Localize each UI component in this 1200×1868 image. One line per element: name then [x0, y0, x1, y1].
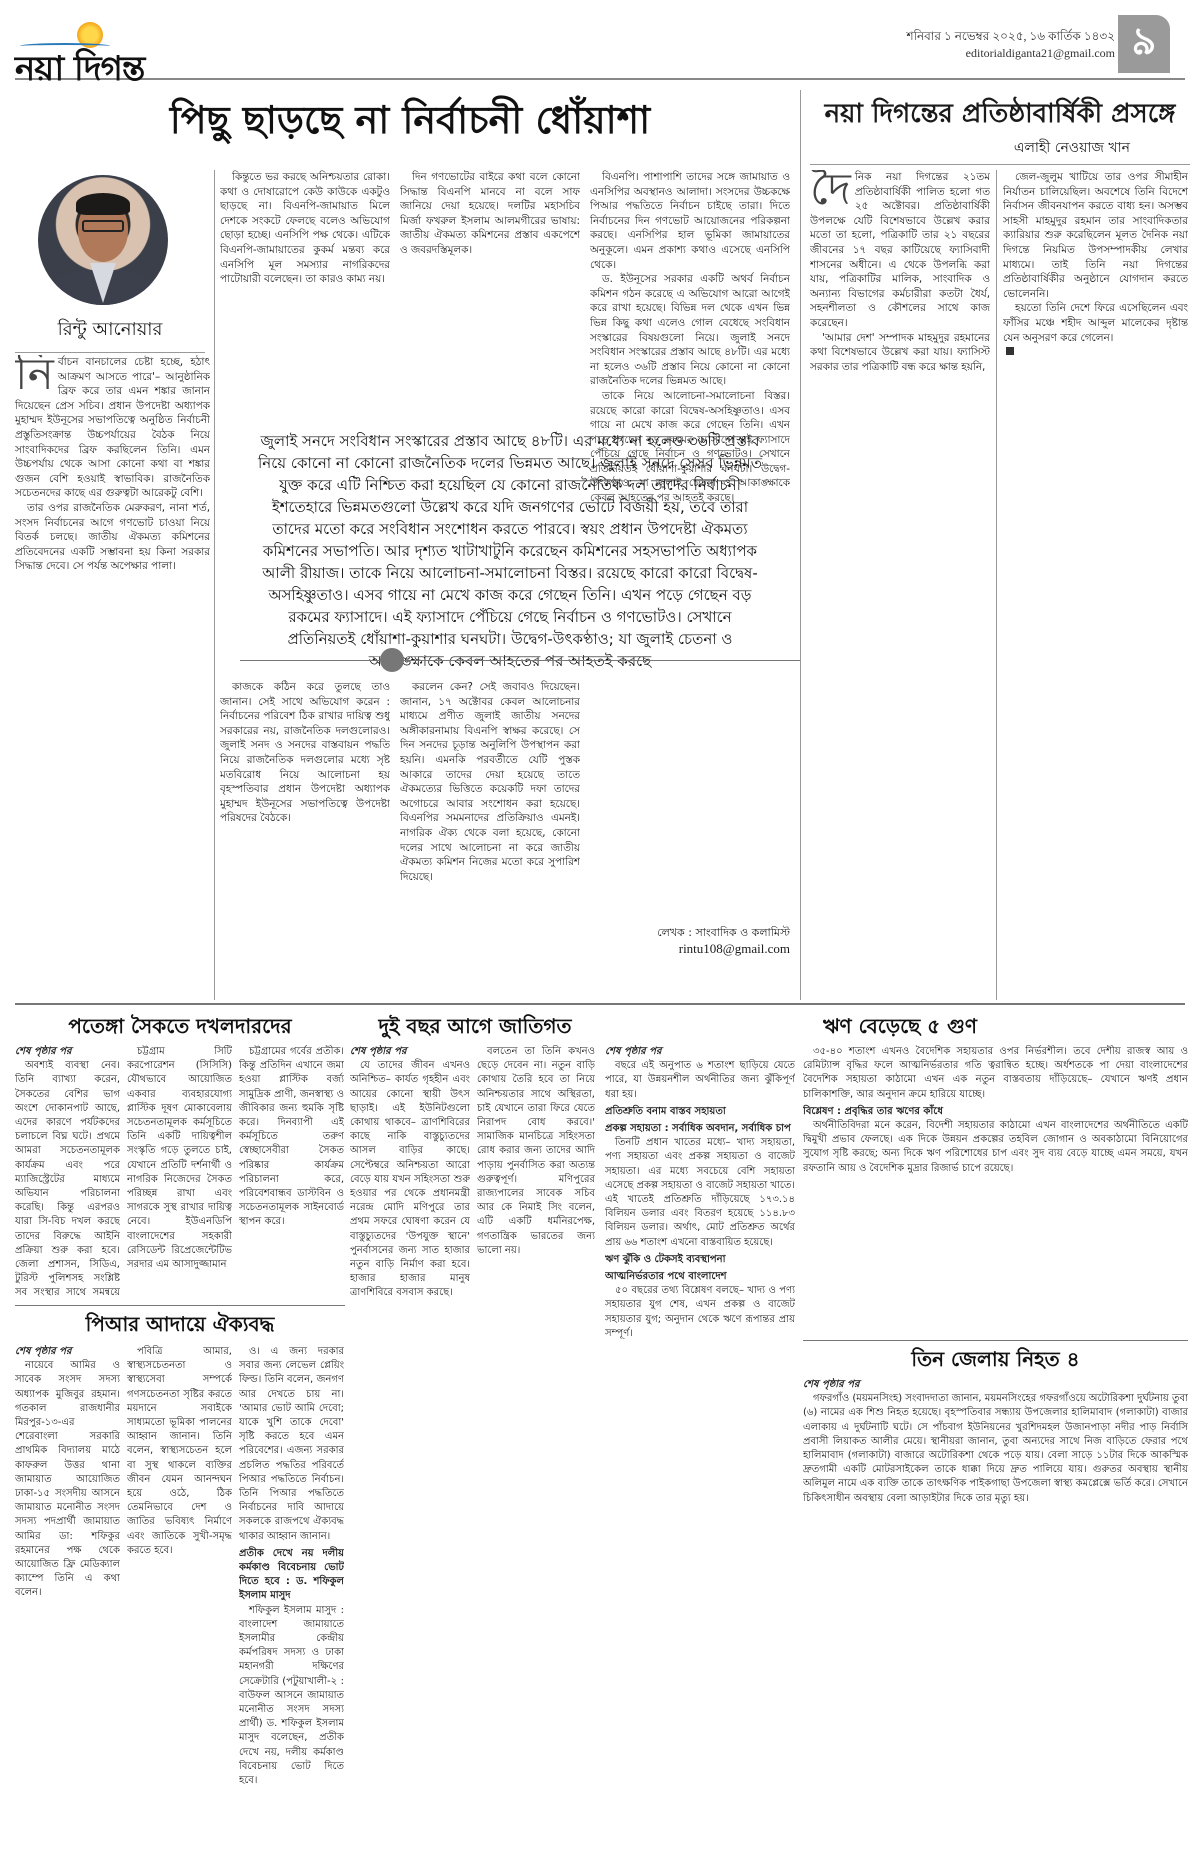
patenga-text-2: চট্টগ্রাম সিটি করপোরেশন (সিসিসি) যৌথভাবে… [127, 1045, 232, 1272]
main-col4-body: বিএনপি। পাশাপাশি তাদের সঙ্গে জামায়াত ও … [590, 170, 790, 272]
districts-headline: তিন জেলায় নিহত ৪ [803, 1345, 1188, 1373]
debt-project-aid-text: তিনটি প্রধান খাতের মধ্যে– খাদ্য সহায়তা,… [605, 1136, 795, 1250]
patenga-text-3: চট্টগ্রামের গর্বের প্রতীক। কিন্তু প্রতিদ… [239, 1045, 344, 1230]
column-divider [996, 170, 997, 1000]
issue-date: শনিবার ১ নভেম্বর ২০২৫, ১৬ কার্তিক ১৪৩২ [906, 28, 1115, 45]
right-headline: নয়া দিগন্তের প্রতিষ্ঠাবার্ষিকী প্রসঙ্গে [810, 95, 1190, 133]
continued-label: শেষ পৃষ্ঠার পর [350, 1045, 470, 1059]
debt-col-2: ৩৫-৪০ শতাংশ এখনও বৈদেশিক সহায়তার ওপর নি… [803, 1045, 1188, 1335]
newspaper-logo[interactable]: নয়া দিগন্ত [15, 25, 144, 100]
pr-text-2: পবিত্রি আমার, স্বাস্থ্যসচেতনতা ও স্বাস্থ… [127, 1345, 232, 1558]
patenga-col-2: চট্টগ্রাম সিটি করপোরেশন (সিসিসি) যৌথভাবে… [127, 1045, 232, 1300]
main-col4-body-2: ড. ইউনূসের সরকার একটি অথর্ব নির্বাচন কমি… [590, 272, 790, 389]
pr-text-3: ও। এ জন্য দরকার সবার জন্য লেভেল প্লেয়িং… [239, 1345, 344, 1544]
debt-subhead-2: প্রকল্প সহায়তা : সর্বাধিক অবদান, সর্বাধ… [605, 1122, 795, 1136]
districts-text-1: গফরগাঁও (ময়মনসিংহ) সংবাদদাতা জানান, ময়… [803, 1392, 1188, 1506]
main-article-col-1: নি র্বাচন বানচালের চেষ্টা হচ্ছে, হঠাৎ আক… [15, 355, 210, 995]
debt-subhead-5: আত্মনির্ভরতার পথে বাংলাদেশ [605, 1270, 795, 1284]
main-article-col-2: কিন্তুতে ভর করছে অনিশ্চয়তার রোকা। কথা ও… [220, 170, 390, 410]
main-headline: পিছু ছাড়ছে না নির্বাচনী ধোঁয়াশা [100, 95, 720, 145]
main-lower-col2: কাজকে কঠিন করে তুলছে তাও জানান। সেই সাথে… [220, 680, 390, 826]
editorial-email[interactable]: editorialdiganta21@gmail.com [906, 45, 1115, 62]
author-note: লেখক : সাংবাদিক ও কলামিস্ট rintu108@gmai… [600, 925, 790, 957]
pr-col-2: পবিত্রি আমার, স্বাস্থ্যসচেতনতা ও স্বাস্থ… [127, 1345, 232, 1855]
debt-text-2: ৩৫-৪০ শতাংশ এখনও বৈদেশিক সহায়তার ওপর নি… [803, 1045, 1188, 1102]
districts-col-1: শেষ পৃষ্ঠার পর গফরগাঁও (ময়মনসিংহ) সংবাদ… [803, 1378, 1188, 1858]
right-dropcap: দৈ [810, 170, 851, 210]
main-article-col-3: দিন গণভোটের বাইরে কথা বলে কোনো সিদ্ধান্ত… [400, 170, 580, 410]
right-col1-tail: 'আমার দেশ' সম্পাদক মাহমুদুর রহমানের কথা … [810, 331, 990, 375]
section-divider [800, 90, 801, 1000]
debt-self-reliance-text: ৫০ বছরের তথ্য বিশ্লেষণ বলছে– খাদ্য ও পণ্… [605, 1284, 795, 1341]
main-article-col-5: কাজকে কঠিন করে তুলছে তাও জানান। সেই সাথে… [220, 680, 390, 995]
pull-quote-dot-icon [380, 648, 404, 672]
main-article-col-6: করলেন কেন? সেই জবাবও দিয়েছেন। জানান, ১৭… [400, 680, 580, 995]
pr-text-1: নায়েবে আমির ও সাবেক সংসদ সদস্য অধ্যাপক … [15, 1359, 120, 1600]
patenga-text-1: অবশ্যই ব্যবস্থা নেব। তিনি ব্যাখ্যা করেন,… [15, 1059, 120, 1300]
column-divider [214, 170, 215, 1000]
pr-subhead: প্রতীক দেখে নয় দলীয় কর্মকাণ্ড বিবেচনায… [239, 1547, 344, 1604]
right-author-byline: এলাহী নেওয়াজ খান [810, 136, 1190, 165]
pull-quote: জুলাই সনদে সংবিধান সংস্কারের প্রস্তাব আছ… [255, 430, 765, 672]
debt-col-1: শেষ পৃষ্ঠার পর বছরে এই অনুপাত ৬ শতাংশ ছা… [605, 1045, 795, 1855]
author-portrait [38, 175, 168, 305]
section-rule [803, 1340, 1188, 1341]
masthead: নয়া দিগন্ত শনিবার ১ নভেম্বর ২০২৫, ১৬ কা… [15, 10, 1185, 80]
main-col2-body: কিন্তুতে ভর করছে অনিশ্চয়তার রোকা। কথা ও… [220, 170, 390, 287]
right-col2-body: জেল-জুলুম খাটিয়ে তার ওপর সীমাহীন নির্যা… [1003, 170, 1188, 301]
debt-subhead-3: বিশ্লেষণ : প্রবৃদ্ধির তার ঋণের কাঁধে [803, 1105, 1188, 1119]
author-email[interactable]: rintu108@gmail.com [600, 941, 790, 957]
continued-label: শেষ পৃষ্ঠার পর [605, 1045, 795, 1059]
ethnic-col-1: শেষ পৃষ্ঠার পর যে তাদের জীবন এখনও অনিশ্চ… [350, 1045, 470, 1855]
pr-col-1: শেষ পৃষ্ঠার পর নায়েবে আমির ও সাবেক সংসদ… [15, 1345, 120, 1855]
ethnic-text-1: যে তাদের জীবন এখনও অনিশ্চিত– কার্যত গৃহহ… [350, 1059, 470, 1300]
debt-subhead-1: প্রতিশ্রুতি বনাম বাস্তব সহায়তা [605, 1105, 795, 1119]
debt-subhead-4: ঋণ ঝুঁকি ও টেকসই ব্যবস্থাপনা [605, 1253, 795, 1267]
debt-text-1: বছরে এই অনুপাত ৬ শতাংশ ছাড়িয়ে যেতে পার… [605, 1059, 795, 1102]
portrait-hair [76, 193, 130, 215]
page-number-badge: ৯ [1118, 15, 1170, 73]
pr-col-3: ও। এ জন্য দরকার সবার জন্য লেভেল প্লেয়িং… [239, 1345, 344, 1855]
main-lower-col3: করলেন কেন? সেই জবাবও দিয়েছেন। জানান, ১৭… [400, 680, 580, 884]
section-rule [15, 1003, 1185, 1005]
ethnic-headline: দুই বছর আগে জাতিগত [350, 1012, 600, 1040]
continued-label: শেষ পৃষ্ঠার পর [15, 1045, 120, 1059]
pull-quote-rule [240, 660, 800, 661]
section-rule [15, 1305, 345, 1306]
logo-text: নয়া দিগন্ত [15, 43, 144, 100]
pr-subhead-text: শফিকুল ইসলাম মাসুদ : বাংলাদেশ জামায়াতে … [239, 1604, 344, 1789]
patenga-col-1: শেষ পৃষ্ঠার পর অবশ্যই ব্যবস্থা নেব। তিনি… [15, 1045, 120, 1300]
dropcap: নি [15, 355, 54, 395]
patenga-headline: পতেঙ্গা সৈকতে দখলদারদের [15, 1012, 345, 1040]
pr-headline: পিআর আদায়ে ঐক্যবদ্ধ [15, 1310, 345, 1338]
ethnic-col-2: বলতেন তা তিনি কখনও ছেড়ে দেবেন না। নতুন … [477, 1045, 595, 1855]
main-col1-body: তার ওপর রাজনৈতিক মেরুকরণ, নানা শর্ত, সংস… [15, 501, 210, 574]
debt-analysis-text: অর্থনীতিবিদরা মনে করেন, বিদেশী সহায়তার … [803, 1119, 1188, 1176]
dateline: শনিবার ১ নভেম্বর ২০২৫, ১৬ কার্তিক ১৪৩২ e… [906, 28, 1115, 62]
main-col3-body: দিন গণভোটের বাইরে কথা বলে কোনো সিদ্ধান্ত… [400, 170, 580, 258]
ethnic-text-2: বলতেন তা তিনি কখনও ছেড়ে দেবেন না। নতুন … [477, 1045, 595, 1258]
main-author-byline: রিন্টু আনোয়ার [15, 315, 205, 353]
portrait-glasses [82, 220, 124, 232]
author-note-label: লেখক : সাংবাদিক ও কলামিস্ট [600, 925, 790, 941]
patenga-col-3: চট্টগ্রামের গর্বের প্রতীক। কিন্তু প্রতিদ… [239, 1045, 344, 1300]
continued-label: শেষ পৃষ্ঠার পর [803, 1378, 1188, 1392]
right-article-col-2: জেল-জুলুম খাটিয়ে তার ওপর সীমাহীন নির্যা… [1003, 170, 1188, 1000]
right-article-col-1: দৈ নিক নয়া দিগন্তের ২১তম প্রতিষ্ঠাবার্ষ… [810, 170, 990, 1000]
right-col2-tail: হয়তো তিনি দেশে ফিরে এসেছিলেন এবং ফাঁসির… [1003, 301, 1188, 345]
end-mark-icon [1006, 347, 1014, 355]
continued-label: শেষ পৃষ্ঠার পর [15, 1345, 120, 1359]
debt-headline: ঋণ বেড়েছে ৫ গুণ [610, 1012, 1190, 1040]
